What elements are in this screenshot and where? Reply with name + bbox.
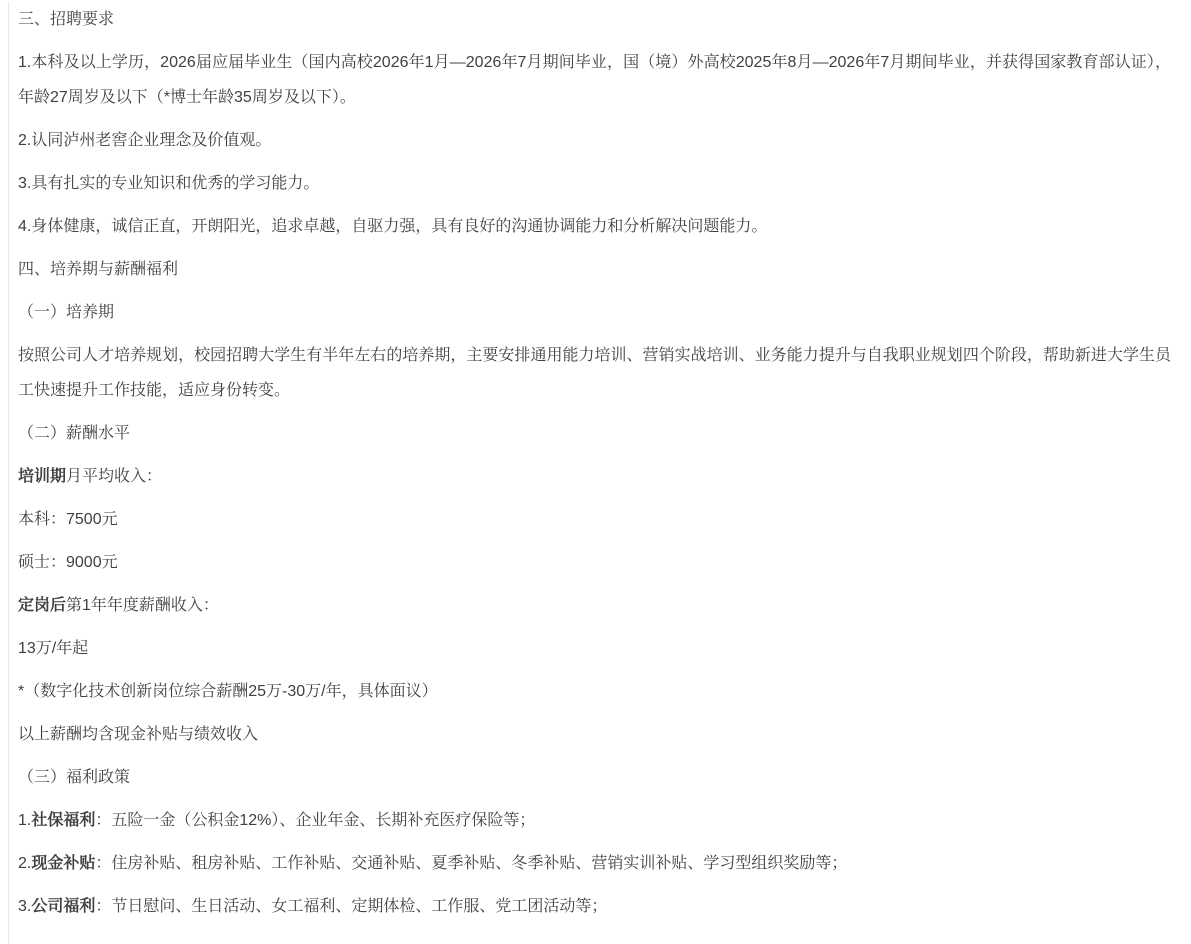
post-salary-label-bold: 定岗后	[18, 597, 66, 614]
requirement-item-4: 4.身体健康，诚信正直，开朗阳光，追求卓越，自驱力强，具有良好的沟通协调能力和分…	[18, 209, 1171, 244]
section-heading-recruit-requirements: 三、招聘要求	[18, 2, 1171, 37]
salary-first-year: 13万/年起	[18, 631, 1171, 666]
post-salary-label: 定岗后第1年年度薪酬收入：	[18, 588, 1171, 623]
subsection-heading-training-period: （一）培养期	[18, 295, 1171, 330]
salary-bachelor: 本科：7500元	[18, 502, 1171, 537]
welfare-item-3-num: 3.	[18, 898, 31, 915]
salary-master: 硕士：9000元	[18, 545, 1171, 580]
article-body: 三、招聘要求 1.本科及以上学历，2026届应届毕业生（国内高校2026年1月—…	[8, 2, 1191, 944]
subsection-heading-salary-level: （二）薪酬水平	[18, 416, 1171, 451]
welfare-item-1-num: 1.	[18, 812, 31, 829]
post-salary-label-rest: 第1年年度薪酬收入：	[66, 597, 219, 614]
subsection-heading-welfare-policy: （三）福利政策	[18, 760, 1171, 795]
salary-note: *（数字化技术创新岗位综合薪酬25万-30万/年，具体面议）	[18, 674, 1171, 709]
welfare-item-1: 1.社保福利：五险一金（公积金12%）、企业年金、长期补充医疗保险等；	[18, 803, 1171, 838]
training-period-paragraph: 按照公司人才培养规划，校园招聘大学生有半年左右的培养期，主要安排通用能力培训、营…	[18, 338, 1171, 408]
section-heading-training-salary: 四、培养期与薪酬福利	[18, 252, 1171, 287]
training-salary-label: 培训期月平均收入：	[18, 459, 1171, 494]
welfare-item-1-detail: ：五险一金（公积金12%）、企业年金、长期补充医疗保险等；	[95, 812, 535, 829]
requirement-item-2: 2.认同泸州老窖企业理念及价值观。	[18, 123, 1171, 158]
welfare-item-3: 3.公司福利：节日慰问、生日活动、女工福利、定期体检、工作服、党工团活动等；	[18, 889, 1171, 924]
welfare-item-2: 2.现金补贴：住房补贴、租房补贴、工作补贴、交通补贴、夏季补贴、冬季补贴、营销实…	[18, 846, 1171, 881]
training-salary-label-rest: 月平均收入：	[66, 468, 162, 485]
welfare-item-3-detail: ：节日慰问、生日活动、女工福利、定期体检、工作服、党工团活动等；	[95, 898, 607, 915]
welfare-item-3-title: 公司福利	[31, 898, 95, 915]
welfare-item-2-num: 2.	[18, 855, 31, 872]
requirement-item-3: 3.具有扎实的专业知识和优秀的学习能力。	[18, 166, 1171, 201]
salary-includes-note: 以上薪酬均含现金补贴与绩效收入	[18, 717, 1171, 752]
requirement-item-1: 1.本科及以上学历，2026届应届毕业生（国内高校2026年1月—2026年7月…	[18, 45, 1171, 115]
welfare-item-2-title: 现金补贴	[31, 855, 95, 872]
welfare-item-1-title: 社保福利	[31, 812, 95, 829]
training-salary-label-bold: 培训期	[18, 468, 66, 485]
welfare-item-2-detail: ：住房补贴、租房补贴、工作补贴、交通补贴、夏季补贴、冬季补贴、营销实训补贴、学习…	[95, 855, 847, 872]
